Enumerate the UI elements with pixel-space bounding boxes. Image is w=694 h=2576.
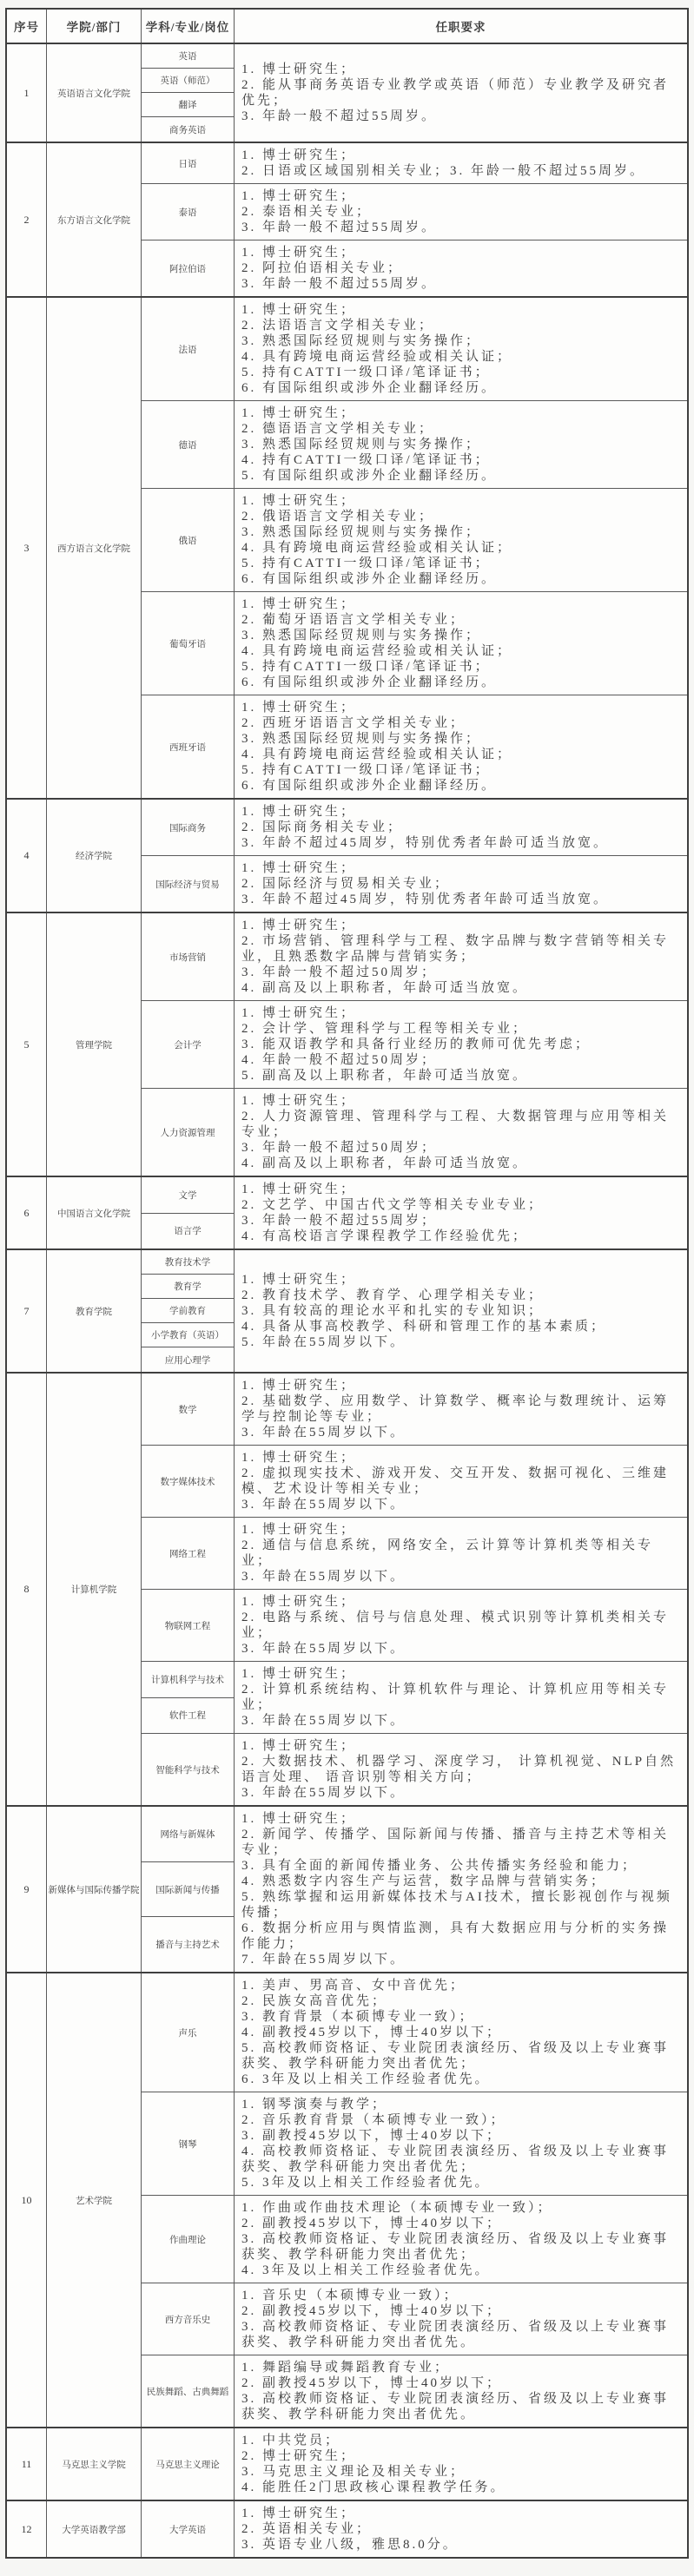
major-cell: 翻译 [142, 93, 234, 117]
major-cells: 国际经济与贸易 [142, 856, 235, 912]
row-number-cell: 9 [7, 1807, 47, 1972]
requirement-line: 3. 教育背景（本硕博专业一致）； [241, 2009, 680, 2025]
position-block: 物联网工程1. 博士研究生；2. 电路与系统、信号与信息处理、模式识别等计算机类… [142, 1590, 687, 1662]
requirement-line: 2. 副教授45岁以下，博士40岁以下； [241, 2375, 680, 2391]
requirements-cell: 1. 博士研究生；2. 基础数学、应用数学、计算数学、概率论与数理统计、运筹学与… [235, 1374, 687, 1445]
requirement-line: 1. 中共党员； [241, 2433, 680, 2448]
requirement-line: 3. 年龄在55周岁以下。 [241, 1569, 680, 1584]
major-cell: 应用心理学 [142, 1347, 234, 1372]
requirements-cell: 1. 钢琴演奏与教学；2. 音乐教育背景（本硕博专业一致）；3. 副教授45岁以… [235, 2092, 687, 2195]
position-block: 俄语1. 博士研究生；2. 俄语语言文学相关专业；3. 熟悉国际经贸规则与实务操… [142, 489, 687, 592]
requirement-line: 1. 美声、男高音、女中音优先； [241, 1978, 680, 1993]
requirement-line: 2. 能从事商务英语专业教学或英语（师范）专业教学及研究者优先； [241, 77, 680, 109]
requirement-line: 3. 具有全面的新闻传播业务、公共传播实务经验和能力； [241, 1858, 680, 1874]
major-cells: 智能科学与技术 [142, 1734, 235, 1805]
requirement-line: 3. 年龄在55周岁以下。 [241, 1641, 680, 1657]
table-group: 4经济学院国际商务1. 博士研究生；2. 国际商务相关专业；3. 年龄不超过45… [7, 800, 687, 913]
row-number-cell: 6 [7, 1177, 47, 1248]
requirement-line: 2. 法语语言文学相关专业； [241, 318, 680, 333]
requirements-cell: 1. 博士研究生；2. 会计学、管理科学与工程等相关专业；3. 能双语教学和具备… [235, 1001, 687, 1088]
major-cell: 数字媒体技术 [142, 1446, 234, 1517]
major-cells: 葡萄牙语 [142, 592, 235, 695]
requirements-cell: 1. 博士研究生；2. 能从事商务英语专业教学或英语（师范）专业教学及研究者优先… [235, 44, 687, 142]
major-cell: 播音与主持艺术 [142, 1917, 234, 1972]
college-cell: 英语语言文化学院 [47, 44, 142, 142]
requirement-line: 3. 年龄一般不超过55周岁； [241, 1213, 680, 1229]
major-cells: 钢琴 [142, 2092, 235, 2195]
position-block: 智能科学与技术1. 博士研究生；2. 大数据技术、机器学习、深度学习， 计算机视… [142, 1734, 687, 1805]
position-block: 网络工程1. 博士研究生；2. 通信与信息系统，网络安全，云计算等计算机类等相关… [142, 1518, 687, 1590]
major-cell: 数学 [142, 1374, 234, 1445]
row-number-cell: 5 [7, 913, 47, 1176]
requirement-line: 4. 能胜任2门思政核心课程教学任务。 [241, 2480, 680, 2495]
major-cell: 日语 [142, 143, 234, 183]
college-cell: 经济学院 [47, 800, 142, 912]
position-block: 大学英语1. 博士研究生；2. 英语相关专业；3. 英语专业八级，雅思8.0分。 [142, 2501, 687, 2557]
table-group: 9新媒体与国际传播学院网络与新媒体国际新闻与传播播音与主持艺术1. 博士研究生；… [7, 1807, 687, 1973]
requirement-line: 3. 年龄在55周岁以下。 [241, 1425, 680, 1440]
major-cell: 国际新闻与传播 [142, 1862, 234, 1918]
major-cell: 大学英语 [142, 2501, 234, 2557]
major-cell: 网络与新媒体 [142, 1807, 234, 1862]
college-cell: 大学英语教学部 [47, 2501, 142, 2557]
college-cell: 东方语言文化学院 [47, 143, 142, 296]
major-cells: 文学语言学 [142, 1177, 235, 1248]
position-blocks: 文学语言学1. 博士研究生；2. 文艺学、中国古代文学等相关专业专业；3. 年龄… [142, 1177, 687, 1248]
requirement-line: 3. 年龄一般不超过50周岁； [241, 1140, 680, 1156]
requirement-line: 2. 国际经济与贸易相关专业； [241, 876, 680, 892]
requirements-cell: 1. 博士研究生；2. 人力资源管理、管理科学与工程、大数据管理与应用等相关专业… [235, 1089, 687, 1176]
position-block: 民族舞蹈、古典舞蹈1. 舞蹈编导或舞蹈教育专业；2. 副教授45岁以下，博士40… [142, 2355, 687, 2427]
requirements-cell: 1. 博士研究生；2. 法语语言文学相关专业；3. 熟悉国际经贸规则与实务操作；… [235, 298, 687, 400]
row-number-cell: 3 [7, 298, 47, 798]
position-block: 英语英语（师范）翻译商务英语1. 博士研究生；2. 能从事商务英语专业教学或英语… [142, 44, 687, 142]
major-cell: 国际经济与贸易 [142, 856, 234, 912]
requirements-cell: 1. 博士研究生；2. 大数据技术、机器学习、深度学习， 计算机视觉、NLP自然… [235, 1734, 687, 1805]
requirement-line: 5. 持有CATTI一级口译/笔译证书； [241, 556, 680, 571]
major-cells: 俄语 [142, 489, 235, 591]
requirement-line: 3. 熟悉国际经贸规则与实务操作； [241, 628, 680, 643]
major-cells: 网络与新媒体国际新闻与传播播音与主持艺术 [142, 1807, 235, 1972]
requirement-line: 1. 钢琴演奏与教学； [241, 2097, 680, 2112]
requirement-line: 2. 日语或区域国别相关专业；3. 年龄一般不超过55周岁。 [241, 163, 680, 179]
major-cell: 教育学 [142, 1275, 234, 1299]
position-block: 数学1. 博士研究生；2. 基础数学、应用数学、计算数学、概率论与数理统计、运筹… [142, 1374, 687, 1446]
major-cells: 西班牙语 [142, 695, 235, 798]
requirement-line: 5. 高校教师资格证、专业院团表演经历、省级及以上专业赛事获奖、教学科研能力突出… [241, 2040, 680, 2072]
requirement-line: 5. 持有CATTI一级口译/笔译证书； [241, 365, 680, 380]
requirement-line: 1. 博士研究生； [241, 596, 680, 612]
row-number-cell: 2 [7, 143, 47, 296]
requirement-line: 2. 人力资源管理、管理科学与工程、大数据管理与应用等相关专业； [241, 1109, 680, 1140]
requirement-line: 2. 文艺学、中国古代文学等相关专业专业； [241, 1197, 680, 1213]
requirements-cell: 1. 博士研究生；2. 文艺学、中国古代文学等相关专业专业；3. 年龄一般不超过… [235, 1177, 687, 1248]
college-cell: 计算机学院 [47, 1374, 142, 1805]
position-block: 德语1. 博士研究生；2. 德语语言文学相关专业；3. 熟悉国际经贸规则与实务操… [142, 401, 687, 489]
position-block: 文学语言学1. 博士研究生；2. 文艺学、中国古代文学等相关专业专业；3. 年龄… [142, 1177, 687, 1248]
requirement-line: 6. 3年及以上相关工作经验者优先。 [241, 2072, 680, 2087]
requirement-line: 2. 通信与信息系统，网络安全，云计算等计算机类等相关专业； [241, 1538, 680, 1569]
requirement-line: 3. 年龄在55周岁以下。 [241, 1713, 680, 1729]
position-block: 作曲理论1. 作曲或作曲技术理论（本硕博专业一致）；2. 副教授45岁以下，博士… [142, 2196, 687, 2283]
requirement-line: 2. 葡萄牙语语言文学相关专业； [241, 612, 680, 628]
requirements-cell: 1. 博士研究生；2. 国际商务相关专业；3. 年龄不超过45周岁，特别优秀者年… [235, 800, 687, 855]
requirement-line: 1. 博士研究生； [241, 918, 680, 933]
requirement-line: 5. 年龄在55周岁以下。 [241, 1334, 680, 1350]
requirement-line: 1. 音乐史（本硕博专业一致）； [241, 2288, 680, 2303]
requirements-cell: 1. 博士研究生；2. 阿拉伯语相关专业；3. 年龄一般不超过55周岁。 [235, 240, 687, 296]
requirement-line: 3. 马克思主义理论及相关专业； [241, 2464, 680, 2480]
requirement-line: 2. 博士研究生； [241, 2448, 680, 2464]
requirements-cell: 1. 博士研究生；2. 日语或区域国别相关专业；3. 年龄一般不超过55周岁。 [235, 143, 687, 183]
requirements-cell: 1. 美声、男高音、女中音优先；2. 民族女高音优先；3. 教育背景（本硕博专业… [235, 1973, 687, 2092]
table-header-row: 序号 学院/部门 学科/专业/岗位 任职要求 [7, 10, 687, 44]
position-block: 计算机科学与技术软件工程1. 博士研究生；2. 计算机系统结构、计算机软件与理论… [142, 1662, 687, 1734]
major-cell: 软件工程 [142, 1698, 234, 1734]
requirement-line: 4. 具有跨境电商运营经验或相关认证； [241, 643, 680, 659]
college-cell: 马克思主义学院 [47, 2428, 142, 2500]
requirement-line: 5. 有国际组织或涉外企业翻译经历。 [241, 468, 680, 484]
requirements-cell: 1. 音乐史（本硕博专业一致）；2. 副教授45岁以下，博士40岁以下；3. 高… [235, 2283, 687, 2355]
position-blocks: 大学英语1. 博士研究生；2. 英语相关专业；3. 英语专业八级，雅思8.0分。 [142, 2501, 687, 2557]
position-blocks: 法语1. 博士研究生；2. 法语语言文学相关专业；3. 熟悉国际经贸规则与实务操… [142, 298, 687, 798]
requirement-line: 4. 具有跨境电商运营经验或相关认证； [241, 540, 680, 556]
table-groups: 1英语语言文化学院英语英语（师范）翻译商务英语1. 博士研究生；2. 能从事商务… [7, 44, 687, 2557]
major-cell: 教育技术学 [142, 1250, 234, 1275]
requirement-line: 2. 新闻学、传播学、国际新闻与传播、播音与主持艺术等相关专业； [241, 1827, 680, 1858]
position-block: 西班牙语1. 博士研究生；2. 西班牙语语言文学相关专业；3. 熟悉国际经贸规则… [142, 695, 687, 798]
major-cells: 计算机科学与技术软件工程 [142, 1662, 235, 1733]
major-cell: 国际商务 [142, 800, 234, 855]
major-cells: 数学 [142, 1374, 235, 1445]
major-cell: 文学 [142, 1177, 234, 1214]
requirement-line: 1. 博士研究生； [241, 1005, 680, 1021]
requirement-line: 4. 具有跨境电商运营经验或相关认证； [241, 349, 680, 365]
requirement-line: 2. 计算机系统结构、计算机软件与理论、计算机应用等相关专业； [241, 1682, 680, 1713]
table-group: 11马克思主义学院马克思主义理论1. 中共党员；2. 博士研究生；3. 马克思主… [7, 2428, 687, 2501]
header-cell-number: 序号 [7, 10, 47, 43]
requirements-cell: 1. 舞蹈编导或舞蹈教育专业；2. 副教授45岁以下，博士40岁以下；3. 高校… [235, 2355, 687, 2427]
requirement-line: 3. 高校教师资格证、专业院团表演经历、省级及以上专业赛事获奖、教学科研能力突出… [241, 2231, 680, 2263]
position-block: 泰语1. 博士研究生；2. 泰语相关专业；3. 年龄一般不超过55周岁。 [142, 184, 687, 240]
position-block: 数字媒体技术1. 博士研究生；2. 虚拟现实技术、游戏开发、交互开发、数据可视化… [142, 1446, 687, 1518]
major-cells: 德语 [142, 401, 235, 488]
major-cells: 作曲理论 [142, 2196, 235, 2283]
header-cell-major: 学科/专业/岗位 [142, 10, 235, 43]
major-cell: 英语 [142, 44, 234, 69]
requirement-line: 3. 能双语教学和具备行业经历的教师可优先考虑； [241, 1037, 680, 1052]
requirement-line: 2. 英语相关专业； [241, 2521, 680, 2537]
row-number-cell: 7 [7, 1250, 47, 1372]
major-cells: 马克思主义理论 [142, 2428, 235, 2500]
requirement-line: 4. 副高及以上职称者，年龄可适当放宽。 [241, 1156, 680, 1171]
major-cell: 德语 [142, 401, 234, 488]
requirements-cell: 1. 博士研究生；2. 俄语语言文学相关专业；3. 熟悉国际经贸规则与实务操作；… [235, 489, 687, 591]
requirement-line: 1. 博士研究生； [241, 245, 680, 260]
major-cell: 马克思主义理论 [142, 2428, 234, 2500]
position-blocks: 数学1. 博士研究生；2. 基础数学、应用数学、计算数学、概率论与数理统计、运筹… [142, 1374, 687, 1805]
position-block: 阿拉伯语1. 博士研究生；2. 阿拉伯语相关专业；3. 年龄一般不超过55周岁。 [142, 240, 687, 296]
major-cells: 声乐 [142, 1973, 235, 2092]
header-cell-college: 学院/部门 [47, 10, 142, 43]
major-cells: 国际商务 [142, 800, 235, 855]
requirement-line: 1. 博士研究生； [241, 1594, 680, 1610]
requirement-line: 3. 高校教师资格证、专业院团表演经历、省级及以上专业赛事获奖、教学科研能力突出… [241, 2391, 680, 2422]
requirement-line: 1. 博士研究生； [241, 62, 680, 77]
table-group: 5管理学院市场营销1. 博士研究生；2. 市场营销、管理科学与工程、数字品牌与数… [7, 913, 687, 1177]
requirement-line: 1. 博士研究生； [241, 302, 680, 318]
requirement-line: 3. 熟悉国际经贸规则与实务操作； [241, 731, 680, 747]
requirement-line: 4. 持有CATTI一级口译/笔译证书； [241, 452, 680, 468]
position-blocks: 国际商务1. 博士研究生；2. 国际商务相关专业；3. 年龄不超过45周岁，特别… [142, 800, 687, 912]
position-block: 国际商务1. 博士研究生；2. 国际商务相关专业；3. 年龄不超过45周岁，特别… [142, 800, 687, 856]
requirement-line: 2. 泰语相关专业； [241, 204, 680, 220]
recruitment-table: 序号 学院/部门 学科/专业/岗位 任职要求 1英语语言文化学院英语英语（师范）… [5, 8, 689, 2559]
requirement-line: 6. 数据分析应用与舆情监测，具有大数据应用与分析的实务操作能力； [241, 1920, 680, 1952]
requirement-line: 6. 有国际组织或涉外企业翻译经历。 [241, 778, 680, 794]
requirement-line: 1. 博士研究生； [241, 148, 680, 163]
requirements-cell: 1. 博士研究生；2. 泰语相关专业；3. 年龄一般不超过55周岁。 [235, 184, 687, 240]
requirement-line: 1. 博士研究生； [241, 1182, 680, 1197]
position-blocks: 教育技术学教育学学前教育小学教育（英语）应用心理学1. 博士研究生；2. 教育技… [142, 1250, 687, 1372]
requirement-line: 4. 熟悉数字内容生产与运营，数字品牌与营销实务； [241, 1874, 680, 1889]
requirements-cell: 1. 作曲或作曲技术理论（本硕博专业一致）；2. 副教授45岁以下，博士40岁以… [235, 2196, 687, 2283]
requirement-line: 3. 副教授45岁以下，博士40岁以下； [241, 2128, 680, 2144]
requirement-line: 2. 音乐教育背景（本硕博专业一致）； [241, 2112, 680, 2128]
position-blocks: 英语英语（师范）翻译商务英语1. 博士研究生；2. 能从事商务英语专业教学或英语… [142, 44, 687, 142]
major-cells: 日语 [142, 143, 235, 183]
requirement-line: 3. 熟悉国际经贸规则与实务操作； [241, 333, 680, 349]
requirement-line: 4. 高校教师资格证、专业院团表演经历、省级及以上专业赛事获奖、教学科研能力突出… [241, 2144, 680, 2175]
requirement-line: 2. 教育技术学、教育学、心理学相关专业； [241, 1288, 680, 1303]
requirement-line: 2. 阿拉伯语相关专业； [241, 260, 680, 276]
header-cell-requirements: 任职要求 [235, 10, 687, 43]
requirement-line: 4. 副教授45岁以下，博士40岁以下； [241, 2025, 680, 2040]
major-cells: 教育技术学教育学学前教育小学教育（英语）应用心理学 [142, 1250, 235, 1372]
requirement-line: 3. 高校教师资格证、专业院团表演经历、省级及以上专业赛事获奖、教学科研能力突出… [241, 2319, 680, 2350]
table-group: 1英语语言文化学院英语英语（师范）翻译商务英语1. 博士研究生；2. 能从事商务… [7, 44, 687, 143]
table-group: 7教育学院教育技术学教育学学前教育小学教育（英语）应用心理学1. 博士研究生；2… [7, 1250, 687, 1374]
requirement-line: 3. 年龄不超过45周岁，特别优秀者年龄可适当放宽。 [241, 892, 680, 907]
requirement-line: 3. 英语专业八级，雅思8.0分。 [241, 2537, 680, 2553]
college-cell: 艺术学院 [47, 1973, 142, 2427]
requirements-cell: 1. 博士研究生；2. 虚拟现实技术、游戏开发、交互开发、数据可视化、三维建模、… [235, 1446, 687, 1517]
college-cell: 新媒体与国际传播学院 [47, 1807, 142, 1972]
major-cell: 英语（师范） [142, 69, 234, 93]
requirements-cell: 1. 博士研究生；2. 西班牙语语言文学相关专业；3. 熟悉国际经贸规则与实务操… [235, 695, 687, 798]
requirements-cell: 1. 博士研究生；2. 新闻学、传播学、国际新闻与传播、播音与主持艺术等相关专业… [235, 1807, 687, 1972]
requirement-line: 2. 西班牙语语言文学相关专业； [241, 715, 680, 731]
requirement-line: 1. 博士研究生； [241, 405, 680, 421]
major-cell: 阿拉伯语 [142, 240, 234, 296]
position-block: 教育技术学教育学学前教育小学教育（英语）应用心理学1. 博士研究生；2. 教育技… [142, 1250, 687, 1372]
requirements-cell: 1. 中共党员；2. 博士研究生；3. 马克思主义理论及相关专业；4. 能胜任2… [235, 2428, 687, 2500]
requirements-cell: 1. 博士研究生；2. 葡萄牙语语言文学相关专业；3. 熟悉国际经贸规则与实务操… [235, 592, 687, 695]
requirement-line: 4. 有高校语言学课程教学工作经验优先； [241, 1229, 680, 1244]
requirement-line: 5. 3年及以上相关工作经验者优先。 [241, 2175, 680, 2191]
major-cell: 人力资源管理 [142, 1089, 234, 1176]
major-cell: 钢琴 [142, 2092, 234, 2195]
major-cells: 会计学 [142, 1001, 235, 1088]
requirement-line: 1. 博士研究生； [241, 1272, 680, 1288]
requirement-line: 3. 年龄不超过45周岁，特别优秀者年龄可适当放宽。 [241, 835, 680, 851]
position-block: 西方音乐史1. 音乐史（本硕博专业一致）；2. 副教授45岁以下，博士40岁以下… [142, 2283, 687, 2355]
requirement-line: 2. 基础数学、应用数学、计算数学、概率论与数理统计、运筹学与控制论等专业； [241, 1393, 680, 1425]
requirement-line: 1. 博士研究生； [241, 1093, 680, 1109]
requirement-line: 4. 具备从事高校教学、科研和管理工作的基本素质； [241, 1319, 680, 1334]
requirement-line: 7. 年龄在55周岁以下。 [241, 1952, 680, 1967]
requirement-line: 4. 具有跨境电商运营经验或相关认证； [241, 747, 680, 762]
college-cell: 中国语言文化学院 [47, 1177, 142, 1248]
position-block: 声乐1. 美声、男高音、女中音优先；2. 民族女高音优先；3. 教育背景（本硕博… [142, 1973, 687, 2092]
major-cells: 阿拉伯语 [142, 240, 235, 296]
requirement-line: 2. 会计学、管理科学与工程等相关专业； [241, 1021, 680, 1037]
requirement-line: 1. 博士研究生； [241, 493, 680, 509]
major-cells: 物联网工程 [142, 1590, 235, 1661]
major-cell: 计算机科学与技术 [142, 1662, 234, 1698]
major-cell: 物联网工程 [142, 1590, 234, 1661]
requirement-line: 2. 副教授45岁以下，博士40岁以下； [241, 2303, 680, 2319]
requirement-line: 1. 博士研究生； [241, 700, 680, 715]
major-cell: 民族舞蹈、古典舞蹈 [142, 2355, 234, 2427]
requirement-line: 2. 俄语语言文学相关专业； [241, 509, 680, 524]
major-cell: 商务英语 [142, 117, 234, 142]
requirement-line: 1. 博士研究生； [241, 1811, 680, 1827]
requirement-line: 1. 舞蹈编导或舞蹈教育专业； [241, 2360, 680, 2375]
major-cell: 西班牙语 [142, 695, 234, 798]
position-blocks: 网络与新媒体国际新闻与传播播音与主持艺术1. 博士研究生；2. 新闻学、传播学、… [142, 1807, 687, 1972]
requirements-cell: 1. 博士研究生；2. 计算机系统结构、计算机软件与理论、计算机应用等相关专业；… [235, 1662, 687, 1733]
requirement-line: 3. 具有较高的理论水平和扎实的专业知识； [241, 1303, 680, 1319]
requirement-line: 3. 年龄一般不超过55周岁。 [241, 220, 680, 235]
requirement-line: 2. 德语语言文学相关专业； [241, 421, 680, 437]
major-cells: 网络工程 [142, 1518, 235, 1589]
major-cells: 市场营销 [142, 913, 235, 1000]
major-cell: 市场营销 [142, 913, 234, 1000]
major-cells: 人力资源管理 [142, 1089, 235, 1176]
position-block: 国际经济与贸易1. 博士研究生；2. 国际经济与贸易相关专业；3. 年龄不超过4… [142, 856, 687, 912]
row-number-cell: 8 [7, 1374, 47, 1805]
college-cell: 管理学院 [47, 913, 142, 1176]
requirement-line: 6. 有国际组织或涉外企业翻译经历。 [241, 675, 680, 690]
requirements-cell: 1. 博士研究生；2. 电路与系统、信号与信息处理、模式识别等计算机类相关专业；… [235, 1590, 687, 1661]
table-group: 10艺术学院声乐1. 美声、男高音、女中音优先；2. 民族女高音优先；3. 教育… [7, 1973, 687, 2428]
major-cell: 语言学 [142, 1214, 234, 1249]
major-cells: 法语 [142, 298, 235, 400]
requirement-line: 5. 持有CATTI一级口译/笔译证书； [241, 762, 680, 778]
position-block: 葡萄牙语1. 博士研究生；2. 葡萄牙语语言文学相关专业；3. 熟悉国际经贸规则… [142, 592, 687, 695]
requirements-cell: 1. 博士研究生；2. 通信与信息系统，网络安全，云计算等计算机类等相关专业；3… [235, 1518, 687, 1589]
requirements-cell: 1. 博士研究生；2. 英语相关专业；3. 英语专业八级，雅思8.0分。 [235, 2501, 687, 2557]
requirement-line: 6. 有国际组织或涉外企业翻译经历。 [241, 380, 680, 396]
requirement-line: 1. 博士研究生； [241, 1738, 680, 1754]
requirement-line: 1. 博士研究生； [241, 1450, 680, 1466]
major-cell: 西方音乐史 [142, 2283, 234, 2355]
requirement-line: 1. 博士研究生； [241, 188, 680, 204]
row-number-cell: 11 [7, 2428, 47, 2500]
requirement-line: 1. 博士研究生； [241, 2506, 680, 2521]
position-blocks: 马克思主义理论1. 中共党员；2. 博士研究生；3. 马克思主义理论及相关专业；… [142, 2428, 687, 2500]
major-cell: 网络工程 [142, 1518, 234, 1589]
requirement-line: 2. 虚拟现实技术、游戏开发、交互开发、数据可视化、三维建模、艺术设计等相关专业… [241, 1466, 680, 1497]
requirement-line: 3. 年龄一般不超过50周岁； [241, 965, 680, 980]
major-cell: 声乐 [142, 1973, 234, 2092]
college-cell: 教育学院 [47, 1250, 142, 1372]
requirement-line: 1. 博士研究生； [241, 860, 680, 876]
major-cells: 大学英语 [142, 2501, 235, 2557]
table-group: 12大学英语教学部大学英语1. 博士研究生；2. 英语相关专业；3. 英语专业八… [7, 2501, 687, 2557]
major-cells: 数字媒体技术 [142, 1446, 235, 1517]
requirement-line: 1. 博士研究生； [241, 1666, 680, 1682]
requirement-line: 6. 有国际组织或涉外企业翻译经历。 [241, 571, 680, 587]
requirement-line: 3. 年龄一般不超过55周岁。 [241, 276, 680, 292]
requirement-line: 4. 3年及以上相关工作经验者优先。 [241, 2263, 680, 2278]
major-cells: 民族舞蹈、古典舞蹈 [142, 2355, 235, 2427]
requirement-line: 5. 熟练掌握和运用新媒体技术与AI技术，擅长影视创作与视频传播； [241, 1889, 680, 1920]
position-block: 马克思主义理论1. 中共党员；2. 博士研究生；3. 马克思主义理论及相关专业；… [142, 2428, 687, 2500]
table-group: 6中国语言文化学院文学语言学1. 博士研究生；2. 文艺学、中国古代文学等相关专… [7, 1177, 687, 1250]
row-number-cell: 1 [7, 44, 47, 142]
major-cell: 小学教育（英语） [142, 1323, 234, 1347]
position-block: 市场营销1. 博士研究生；2. 市场营销、管理科学与工程、数字品牌与数字营销等相… [142, 913, 687, 1001]
requirement-line: 2. 大数据技术、机器学习、深度学习， 计算机视觉、NLP自然语言处理、 语音识… [241, 1754, 680, 1785]
requirement-line: 4. 年龄一般不超过50周岁； [241, 1052, 680, 1068]
row-number-cell: 12 [7, 2501, 47, 2557]
requirement-line: 3. 年龄在55周岁以下。 [241, 1785, 680, 1801]
requirement-line: 4. 副高及以上职称者，年龄可适当放宽。 [241, 980, 680, 996]
requirement-line: 3. 熟悉国际经贸规则与实务操作； [241, 437, 680, 452]
college-cell: 西方语言文化学院 [47, 298, 142, 798]
requirement-line: 1. 作曲或作曲技术理论（本硕博专业一致）； [241, 2200, 680, 2216]
requirement-line: 2. 电路与系统、信号与信息处理、模式识别等计算机类相关专业； [241, 1610, 680, 1641]
requirement-line: 1. 博士研究生； [241, 804, 680, 820]
requirement-line: 3. 年龄一般不超过55周岁。 [241, 109, 680, 124]
row-number-cell: 10 [7, 1973, 47, 2427]
major-cells: 西方音乐史 [142, 2283, 235, 2355]
table-group: 2东方语言文化学院日语1. 博士研究生；2. 日语或区域国别相关专业；3. 年龄… [7, 143, 687, 298]
position-block: 日语1. 博士研究生；2. 日语或区域国别相关专业；3. 年龄一般不超过55周岁… [142, 143, 687, 184]
requirements-cell: 1. 博士研究生；2. 德语语言文学相关专业；3. 熟悉国际经贸规则与实务操作；… [235, 401, 687, 488]
position-block: 钢琴1. 钢琴演奏与教学；2. 音乐教育背景（本硕博专业一致）；3. 副教授45… [142, 2092, 687, 2196]
major-cell: 作曲理论 [142, 2196, 234, 2283]
major-cells: 英语英语（师范）翻译商务英语 [142, 44, 235, 142]
row-number-cell: 4 [7, 800, 47, 912]
position-blocks: 日语1. 博士研究生；2. 日语或区域国别相关专业；3. 年龄一般不超过55周岁… [142, 143, 687, 296]
major-cell: 会计学 [142, 1001, 234, 1088]
position-blocks: 市场营销1. 博士研究生；2. 市场营销、管理科学与工程、数字品牌与数字营销等相… [142, 913, 687, 1176]
table-group: 8计算机学院数学1. 博士研究生；2. 基础数学、应用数学、计算数学、概率论与数… [7, 1374, 687, 1807]
requirements-cell: 1. 博士研究生；2. 国际经济与贸易相关专业；3. 年龄不超过45周岁，特别优… [235, 856, 687, 912]
major-cell: 学前教育 [142, 1299, 234, 1323]
position-blocks: 声乐1. 美声、男高音、女中音优先；2. 民族女高音优先；3. 教育背景（本硕博… [142, 1973, 687, 2427]
position-block: 法语1. 博士研究生；2. 法语语言文学相关专业；3. 熟悉国际经贸规则与实务操… [142, 298, 687, 401]
position-block: 会计学1. 博士研究生；2. 会计学、管理科学与工程等相关专业；3. 能双语教学… [142, 1001, 687, 1089]
requirements-cell: 1. 博士研究生；2. 教育技术学、教育学、心理学相关专业；3. 具有较高的理论… [235, 1250, 687, 1372]
major-cells: 泰语 [142, 184, 235, 240]
major-cell: 法语 [142, 298, 234, 400]
requirement-line: 2. 副教授45岁以下，博士40岁以下； [241, 2216, 680, 2231]
position-block: 人力资源管理1. 博士研究生；2. 人力资源管理、管理科学与工程、大数据管理与应… [142, 1089, 687, 1176]
position-block: 网络与新媒体国际新闻与传播播音与主持艺术1. 博士研究生；2. 新闻学、传播学、… [142, 1807, 687, 1972]
requirement-line: 3. 年龄在55周岁以下。 [241, 1497, 680, 1512]
requirement-line: 2. 民族女高音优先； [241, 1993, 680, 2009]
requirement-line: 1. 博士研究生； [241, 1522, 680, 1538]
table-group: 3西方语言文化学院法语1. 博士研究生；2. 法语语言文学相关专业；3. 熟悉国… [7, 298, 687, 800]
major-cell: 葡萄牙语 [142, 592, 234, 695]
major-cell: 俄语 [142, 489, 234, 591]
requirement-line: 2. 国际商务相关专业； [241, 820, 680, 835]
requirement-line: 2. 市场营销、管理科学与工程、数字品牌与数字营销等相关专业，且熟悉数字品牌与营… [241, 933, 680, 965]
